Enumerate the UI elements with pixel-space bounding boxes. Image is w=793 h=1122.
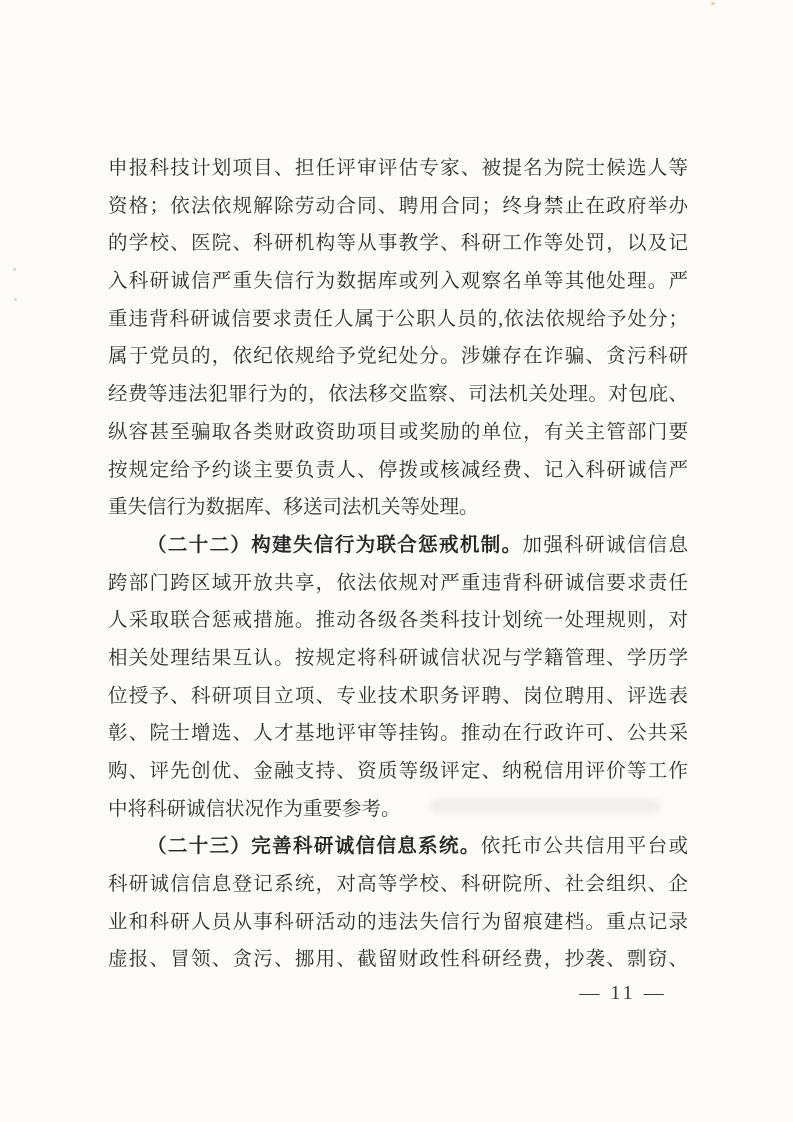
page-number: — 11 —	[553, 982, 693, 1005]
clause-heading: （二十二）构建失信行为联合惩戒机制。	[147, 535, 522, 556]
text-line: 入科研诚信严重失信行为数据库或列入观察名单等其他处理。严	[108, 263, 688, 301]
scan-speck-icon	[711, 2, 715, 5]
body-text: 纵容甚至骗取各类财政资助项目或奖励的单位，有关主管部门要	[108, 422, 688, 443]
body-text: 人采取联合惩戒措施。推动各级各类科技计划统一处理规则，对	[108, 610, 688, 631]
body-text: 申报科技计划项目、担任评审评估专家、被提名为院士候选人等	[108, 158, 688, 179]
body-text: 重失信行为数据库、移送司法机关等处理。	[108, 497, 479, 518]
scan-dot-icon	[14, 298, 17, 301]
text-line: 纵容甚至骗取各类财政资助项目或奖励的单位，有关主管部门要	[108, 414, 688, 452]
text-line: 科研诚信信息登记系统，对高等学校、科研院所、社会组织、企	[108, 866, 688, 904]
body-text: 相关处理结果互认。按规定将科研诚信状况与学籍管理、学历学	[108, 648, 688, 669]
body-text: 入科研诚信严重失信行为数据库或列入观察名单等其他处理。严	[108, 271, 688, 292]
body-text: 属于党员的，依纪依规给予党纪处分。涉嫌存在诈骗、贪污科研	[108, 346, 688, 367]
clause-heading: （二十三）完善科研诚信信息系统。	[147, 836, 481, 857]
text-line: 重违背科研诚信要求责任人属于公职人员的,依法依规给予处分；	[108, 301, 688, 339]
paragraph-clause-23: （二十三）完善科研诚信信息系统。依托市公共信用平台或科研诚信信息登记系统，对高等…	[108, 828, 688, 979]
text-line: 资格；依法依规解除劳动合同、聘用合同；终身禁止在政府举办	[108, 188, 688, 226]
text-line: 彰、院士增选、人才基地评审等挂钩。推动在行政许可、公共采	[108, 715, 688, 753]
body-text: 位授予、科研项目立项、专业技术职务评聘、岗位聘用、评选表	[108, 686, 688, 707]
body-text: 跨部门跨区域开放共享，依法依规对严重违背科研诚信要求责任	[108, 573, 688, 594]
body-text: 经费等违法犯罪行为的，依法移交监察、司法机关处理。对包庇、	[108, 384, 688, 405]
body-text: 资格；依法依规解除劳动合同、聘用合同；终身禁止在政府举办	[108, 196, 688, 217]
text-line: 购、评先创优、金融支持、资质等级评定、纳税信用评价等工作	[108, 753, 688, 791]
text-line: 跨部门跨区域开放共享，依法依规对严重违背科研诚信要求责任	[108, 565, 688, 603]
body-text: 彰、院士增选、人才基地评审等挂钩。推动在行政许可、公共采	[108, 723, 688, 744]
text-line: 申报科技计划项目、担任评审评估专家、被提名为院士候选人等	[108, 150, 688, 188]
body-text: 重违背科研诚信要求责任人属于公职人员的,依法依规给予处分；	[108, 309, 688, 330]
body-text: 依托市公共信用平台或	[481, 836, 688, 857]
body-text: 中将科研诚信状况作为重要参考。	[108, 799, 401, 820]
text-line: 位授予、科研项目立项、专业技术职务评聘、岗位聘用、评选表	[108, 678, 688, 716]
document-body: 申报科技计划项目、担任评审评估专家、被提名为院士候选人等资格；依法依规解除劳动合…	[108, 150, 688, 979]
text-line: 重失信行为数据库、移送司法机关等处理。	[108, 489, 688, 527]
paragraph-clause-22: （二十二）构建失信行为联合惩戒机制。加强科研诚信信息跨部门跨区域开放共享，依法依…	[108, 527, 688, 829]
text-line: 中将科研诚信状况作为重要参考。	[108, 791, 688, 829]
text-line: 按规定给予约谈主要负责人、停拨或核减经费、记入科研诚信严	[108, 452, 688, 490]
scan-dot-icon	[13, 268, 16, 271]
paragraph-continuation: 申报科技计划项目、担任评审评估专家、被提名为院士候选人等资格；依法依规解除劳动合…	[108, 150, 688, 527]
body-text: 的学校、医院、科研机构等从事教学、科研工作等处罚，以及记	[108, 233, 688, 254]
text-line: 的学校、医院、科研机构等从事教学、科研工作等处罚，以及记	[108, 225, 688, 263]
body-text: 业和科研人员从事科研活动的违法失信行为留痕建档。重点记录	[108, 912, 688, 933]
body-text: 科研诚信信息登记系统，对高等学校、科研院所、社会组织、企	[108, 874, 688, 895]
text-line: 人采取联合惩戒措施。推动各级各类科技计划统一处理规则，对	[108, 602, 688, 640]
text-line: 经费等违法犯罪行为的，依法移交监察、司法机关处理。对包庇、	[108, 376, 688, 414]
text-line: 虚报、冒领、贪污、挪用、截留财政性科研经费，抄袭、剽窃、	[108, 941, 688, 979]
body-text: 虚报、冒领、贪污、挪用、截留财政性科研经费，抄袭、剽窃、	[108, 949, 688, 970]
text-line: （二十三）完善科研诚信信息系统。依托市公共信用平台或	[108, 828, 688, 866]
body-text: 购、评先创优、金融支持、资质等级评定、纳税信用评价等工作	[108, 761, 688, 782]
text-line: 属于党员的，依纪依规给予党纪处分。涉嫌存在诈骗、贪污科研	[108, 338, 688, 376]
text-line: 相关处理结果互认。按规定将科研诚信状况与学籍管理、学历学	[108, 640, 688, 678]
text-line: （二十二）构建失信行为联合惩戒机制。加强科研诚信信息	[108, 527, 688, 565]
body-text: 加强科研诚信信息	[522, 535, 688, 556]
body-text: 按规定给予约谈主要负责人、停拨或核减经费、记入科研诚信严	[108, 460, 688, 481]
text-line: 业和科研人员从事科研活动的违法失信行为留痕建档。重点记录	[108, 904, 688, 942]
